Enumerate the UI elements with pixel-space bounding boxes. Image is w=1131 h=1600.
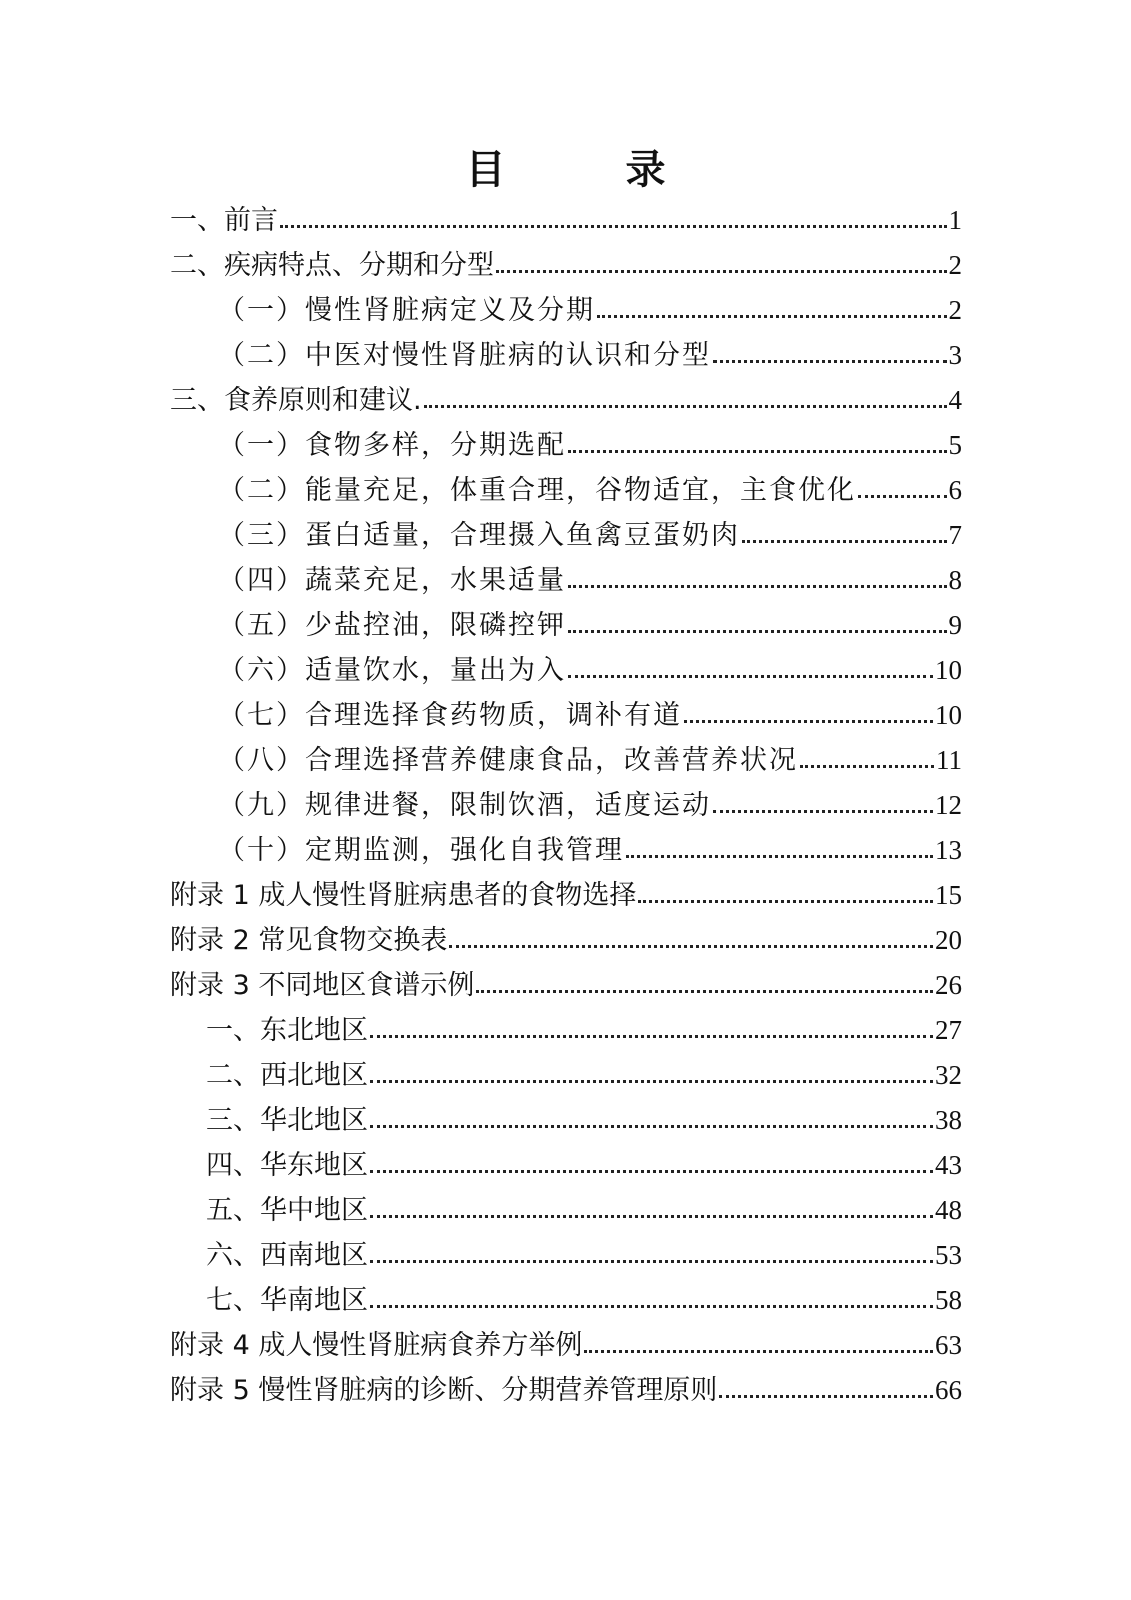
toc-entry-page: 27	[935, 1008, 962, 1053]
toc-entry[interactable]: （七）合理选择食药物质，调补有道10	[170, 693, 962, 738]
toc-entry-page: 38	[935, 1098, 962, 1143]
toc-entry-label: 六、西南地区	[206, 1233, 368, 1278]
toc-entry-page: 10	[935, 693, 962, 738]
dot-leader	[568, 674, 933, 678]
toc-entry[interactable]: （九）规律进餐，限制饮酒，适度运动12	[170, 783, 962, 828]
dot-leader	[719, 1394, 933, 1398]
dot-leader	[370, 1304, 933, 1308]
dot-leader	[370, 1259, 933, 1263]
dot-leader	[742, 539, 947, 543]
toc-entry-page: 15	[935, 873, 962, 918]
toc-entry[interactable]: 附录 1 成人慢性肾脏病患者的食物选择15	[170, 873, 962, 918]
toc-entry-label: 附录 4 成人慢性肾脏病食养方举例	[170, 1323, 582, 1368]
toc-entry-label: 二、西北地区	[206, 1053, 368, 1098]
dot-leader	[370, 1034, 933, 1038]
toc-entry-page: 12	[935, 783, 962, 828]
toc-entry-page: 2	[949, 243, 963, 288]
toc-entry[interactable]: 五、华中地区48	[170, 1188, 962, 1233]
toc-entry-label: 二、疾病特点、分期和分型	[170, 243, 494, 288]
toc-entry[interactable]: （二）能量充足，体重合理，谷物适宜，主食优化6	[170, 468, 962, 513]
toc-entry-label: （七）合理选择食药物质，调补有道	[218, 693, 682, 738]
toc-entry-label: （一）慢性肾脏病定义及分期	[218, 288, 595, 333]
toc-entry-label: 一、前言	[170, 198, 278, 243]
toc-entry-page: 53	[935, 1233, 962, 1278]
toc-entry-page: 2	[949, 288, 963, 333]
toc-entry-page: 13	[935, 828, 962, 873]
toc-entry-label: （四）蔬菜充足，水果适量	[218, 558, 566, 603]
toc-entry-page: 26	[935, 963, 962, 1008]
toc-entry-label: （一）食物多样，分期选配	[218, 423, 566, 468]
toc-entry[interactable]: 三、食养原则和建议.4	[170, 378, 962, 423]
toc-entry-page: 63	[935, 1323, 962, 1368]
toc-entry[interactable]: 二、疾病特点、分期和分型2	[170, 243, 962, 288]
dot-leader	[370, 1169, 933, 1173]
toc-entry-page: 20	[935, 918, 962, 963]
toc-entry[interactable]: 三、华北地区38	[170, 1098, 962, 1143]
toc-entry[interactable]: 附录 5 慢性肾脏病的诊断、分期营养管理原则66	[170, 1368, 962, 1413]
dot-leader	[638, 899, 933, 903]
toc-entry[interactable]: 六、西南地区53	[170, 1233, 962, 1278]
toc-entry-label: （十）定期监测，强化自我管理	[218, 828, 624, 873]
toc-entry[interactable]: （三）蛋白适量，合理摄入鱼禽豆蛋奶肉7	[170, 513, 962, 558]
toc-entry[interactable]: （四）蔬菜充足，水果适量8	[170, 558, 962, 603]
toc-entry-label: （二）能量充足，体重合理，谷物适宜，主食优化	[218, 468, 856, 513]
page-title: 目 录	[0, 138, 1131, 195]
dot-leader	[684, 719, 933, 723]
toc-entry-label: （五）少盐控油，限磷控钾	[218, 603, 566, 648]
toc-entry[interactable]: 附录 4 成人慢性肾脏病食养方举例63	[170, 1323, 962, 1368]
toc-entry-page: 9	[949, 603, 963, 648]
toc-entry[interactable]: （六）适量饮水，量出为入10	[170, 648, 962, 693]
toc-entry-page: 48	[935, 1188, 962, 1233]
toc-entry-label: （八）合理选择营养健康食品，改善营养状况	[218, 738, 798, 783]
toc-entry-page: 58	[935, 1278, 962, 1323]
toc-entry[interactable]: 一、前言1	[170, 198, 962, 243]
dot-leader	[476, 989, 933, 993]
toc-entry-label: 三、食养原则和建议.	[170, 378, 422, 423]
toc-entry-label: 七、华南地区	[206, 1278, 368, 1323]
dot-leader	[496, 269, 947, 273]
dot-leader	[424, 404, 947, 408]
toc-entry[interactable]: 一、东北地区27	[170, 1008, 962, 1053]
toc-entry-page: 10	[935, 648, 962, 693]
toc-entry-page: 66	[935, 1368, 962, 1413]
dot-leader	[370, 1214, 933, 1218]
toc-entry-label: 一、东北地区	[206, 1008, 368, 1053]
toc-entry-label: 五、华中地区	[206, 1188, 368, 1233]
dot-leader	[713, 359, 947, 363]
toc-entry-label: （三）蛋白适量，合理摄入鱼禽豆蛋奶肉	[218, 513, 740, 558]
toc-entry[interactable]: （一）食物多样，分期选配5	[170, 423, 962, 468]
dot-leader	[626, 854, 933, 858]
toc-entry-label: 附录 2 常见食物交换表	[170, 918, 447, 963]
dot-leader	[280, 224, 947, 228]
toc-entry-label: 四、华东地区	[206, 1143, 368, 1188]
dot-leader	[568, 449, 947, 453]
dot-leader	[584, 1349, 933, 1353]
toc-entry[interactable]: 二、西北地区32	[170, 1053, 962, 1098]
toc-entry[interactable]: 附录 2 常见食物交换表20	[170, 918, 962, 963]
toc-entry-page: 3	[949, 333, 963, 378]
toc-entry-page: 7	[949, 513, 963, 558]
toc-entry-page: 43	[935, 1143, 962, 1188]
table-of-contents: 一、前言1 二、疾病特点、分期和分型2 （一）慢性肾脏病定义及分期2 （二）中医…	[170, 198, 962, 1413]
toc-entry-label: 附录 5 慢性肾脏病的诊断、分期营养管理原则	[170, 1368, 717, 1413]
dot-leader	[858, 494, 947, 498]
toc-entry[interactable]: （五）少盐控油，限磷控钾9	[170, 603, 962, 648]
dot-leader	[370, 1079, 933, 1083]
toc-entry[interactable]: 附录 3 不同地区食谱示例26	[170, 963, 962, 1008]
toc-entry-label: 附录 3 不同地区食谱示例	[170, 963, 474, 1008]
toc-entry-label: （九）规律进餐，限制饮酒，适度运动	[218, 783, 711, 828]
dot-leader	[568, 584, 947, 588]
toc-entry[interactable]: 七、华南地区58	[170, 1278, 962, 1323]
toc-entry-label: 附录 1 成人慢性肾脏病患者的食物选择	[170, 873, 636, 918]
dot-leader	[713, 809, 933, 813]
dot-leader	[370, 1124, 933, 1128]
toc-entry-page: 11	[936, 738, 962, 783]
toc-entry[interactable]: （二）中医对慢性肾脏病的认识和分型3	[170, 333, 962, 378]
dot-leader	[597, 314, 947, 318]
toc-entry-page: 4	[949, 378, 963, 423]
toc-entry-page: 5	[949, 423, 963, 468]
dot-leader	[568, 629, 947, 633]
dot-leader	[800, 764, 934, 768]
toc-entry-page: 1	[949, 198, 963, 243]
toc-entry-page: 8	[949, 558, 963, 603]
toc-entry-label: （六）适量饮水，量出为入	[218, 648, 566, 693]
toc-entry[interactable]: 四、华东地区43	[170, 1143, 962, 1188]
toc-entry-page: 6	[949, 468, 963, 513]
toc-entry-page: 32	[935, 1053, 962, 1098]
toc-entry[interactable]: （十）定期监测，强化自我管理13	[170, 828, 962, 873]
dot-leader	[449, 944, 933, 948]
toc-entry[interactable]: （八）合理选择营养健康食品，改善营养状况11	[170, 738, 962, 783]
toc-entry-label: 三、华北地区	[206, 1098, 368, 1143]
toc-entry[interactable]: （一）慢性肾脏病定义及分期2	[170, 288, 962, 333]
toc-entry-label: （二）中医对慢性肾脏病的认识和分型	[218, 333, 711, 378]
